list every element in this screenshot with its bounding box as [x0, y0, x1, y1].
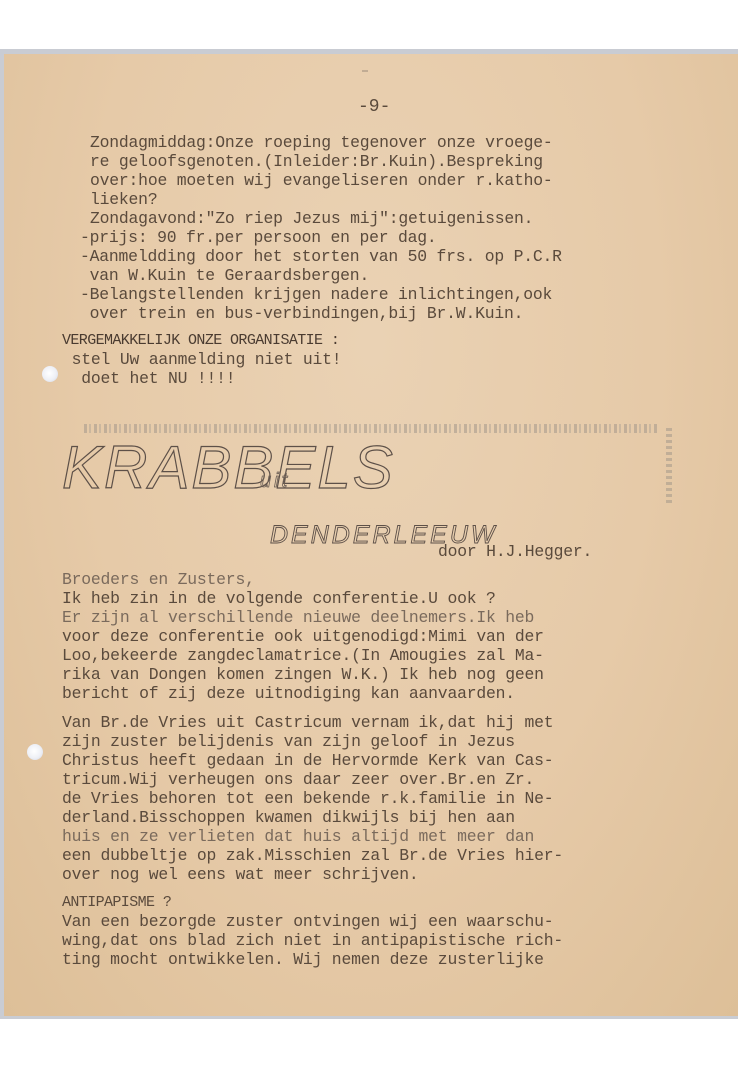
paragraph-line: Broeders en Zusters,	[62, 570, 255, 589]
byline: door H.J.Hegger.	[438, 542, 592, 561]
paragraph-line: bericht of zij deze uitnodiging kan aanv…	[62, 684, 515, 703]
paragraph-line: zijn zuster belijdenis van zijn geloof i…	[62, 732, 515, 751]
article-title: KRABBELS	[62, 438, 395, 498]
program-line: -prijs: 90 fr.per persoon en per dag.	[80, 228, 437, 247]
section-line: ting mocht ontwikkelen. Wij nemen deze z…	[62, 950, 544, 969]
paragraph-line: Loo,bekeerde zangdeclamatrice.(In Amougi…	[62, 646, 544, 665]
section-heading: ANTIPAPISME ?	[62, 893, 171, 912]
program-line: over trein en bus-verbindingen,bij Br.W.…	[80, 304, 523, 323]
program-line: re geloofsgenoten.(Inleider:Br.Kuin).Bes…	[90, 152, 543, 171]
program-line: Zondagavond:"Zo riep Jezus mij":getuigen…	[90, 209, 533, 228]
paragraph-line: voor deze conferentie ook uitgenodigd:Mi…	[62, 627, 544, 646]
paragraph-line: rika van Dongen komen zingen W.K.) Ik he…	[62, 665, 544, 684]
paragraph-line: Christus heeft gedaan in de Hervormde Ke…	[62, 751, 553, 770]
punch-hole	[42, 366, 58, 382]
program-line: lieken?	[90, 190, 157, 209]
stencil-border-right	[666, 428, 672, 506]
paragraph-line: Van Br.de Vries uit Castricum vernam ik,…	[62, 713, 553, 732]
article-title-connector: uit	[260, 470, 290, 493]
page-mark	[362, 70, 368, 72]
section-line: wing,dat ons blad zich niet in antipapis…	[62, 931, 563, 950]
paragraph-line: een dubbeltje op zak.Misschien zal Br.de…	[62, 846, 563, 865]
notice-line: stel Uw aanmelding niet uit!	[62, 350, 341, 369]
section-line: Van een bezorgde zuster ontvingen wij ee…	[62, 912, 553, 931]
program-line: -Aanmeldding door het storten van 50 frs…	[80, 247, 562, 266]
paragraph-line: over nog wel eens wat meer schrijven.	[62, 865, 419, 884]
paragraph-line: Er zijn al verschillende nieuwe deelneme…	[62, 608, 534, 627]
program-line: -Belangstellenden krijgen nadere inlicht…	[80, 285, 552, 304]
paragraph-line: huis en ze verlieten dat huis altijd met…	[62, 827, 534, 846]
paragraph-line: derland.Bisschoppen kwamen dikwijls bij …	[62, 808, 515, 827]
program-line: van W.Kuin te Geraardsbergen.	[80, 266, 369, 285]
notice-heading: VERGEMAKKELIJK ONZE ORGANISATIE :	[62, 331, 339, 350]
page-number: -9-	[358, 97, 390, 117]
paragraph-line: de Vries behoren tot een bekende r.k.fam…	[62, 789, 553, 808]
paragraph-line: tricum.Wij verheugen ons daar zeer over.…	[62, 770, 534, 789]
punch-hole	[27, 744, 43, 760]
program-line: over:hoe moeten wij evangeliseren onder …	[90, 171, 553, 190]
program-line: Zondagmiddag:Onze roeping tegenover onze…	[90, 133, 553, 152]
paragraph-line: Ik heb zin in de volgende conferentie.U …	[62, 589, 496, 608]
notice-line: doet het NU !!!!	[62, 369, 235, 388]
stencil-border-top	[84, 424, 658, 433]
